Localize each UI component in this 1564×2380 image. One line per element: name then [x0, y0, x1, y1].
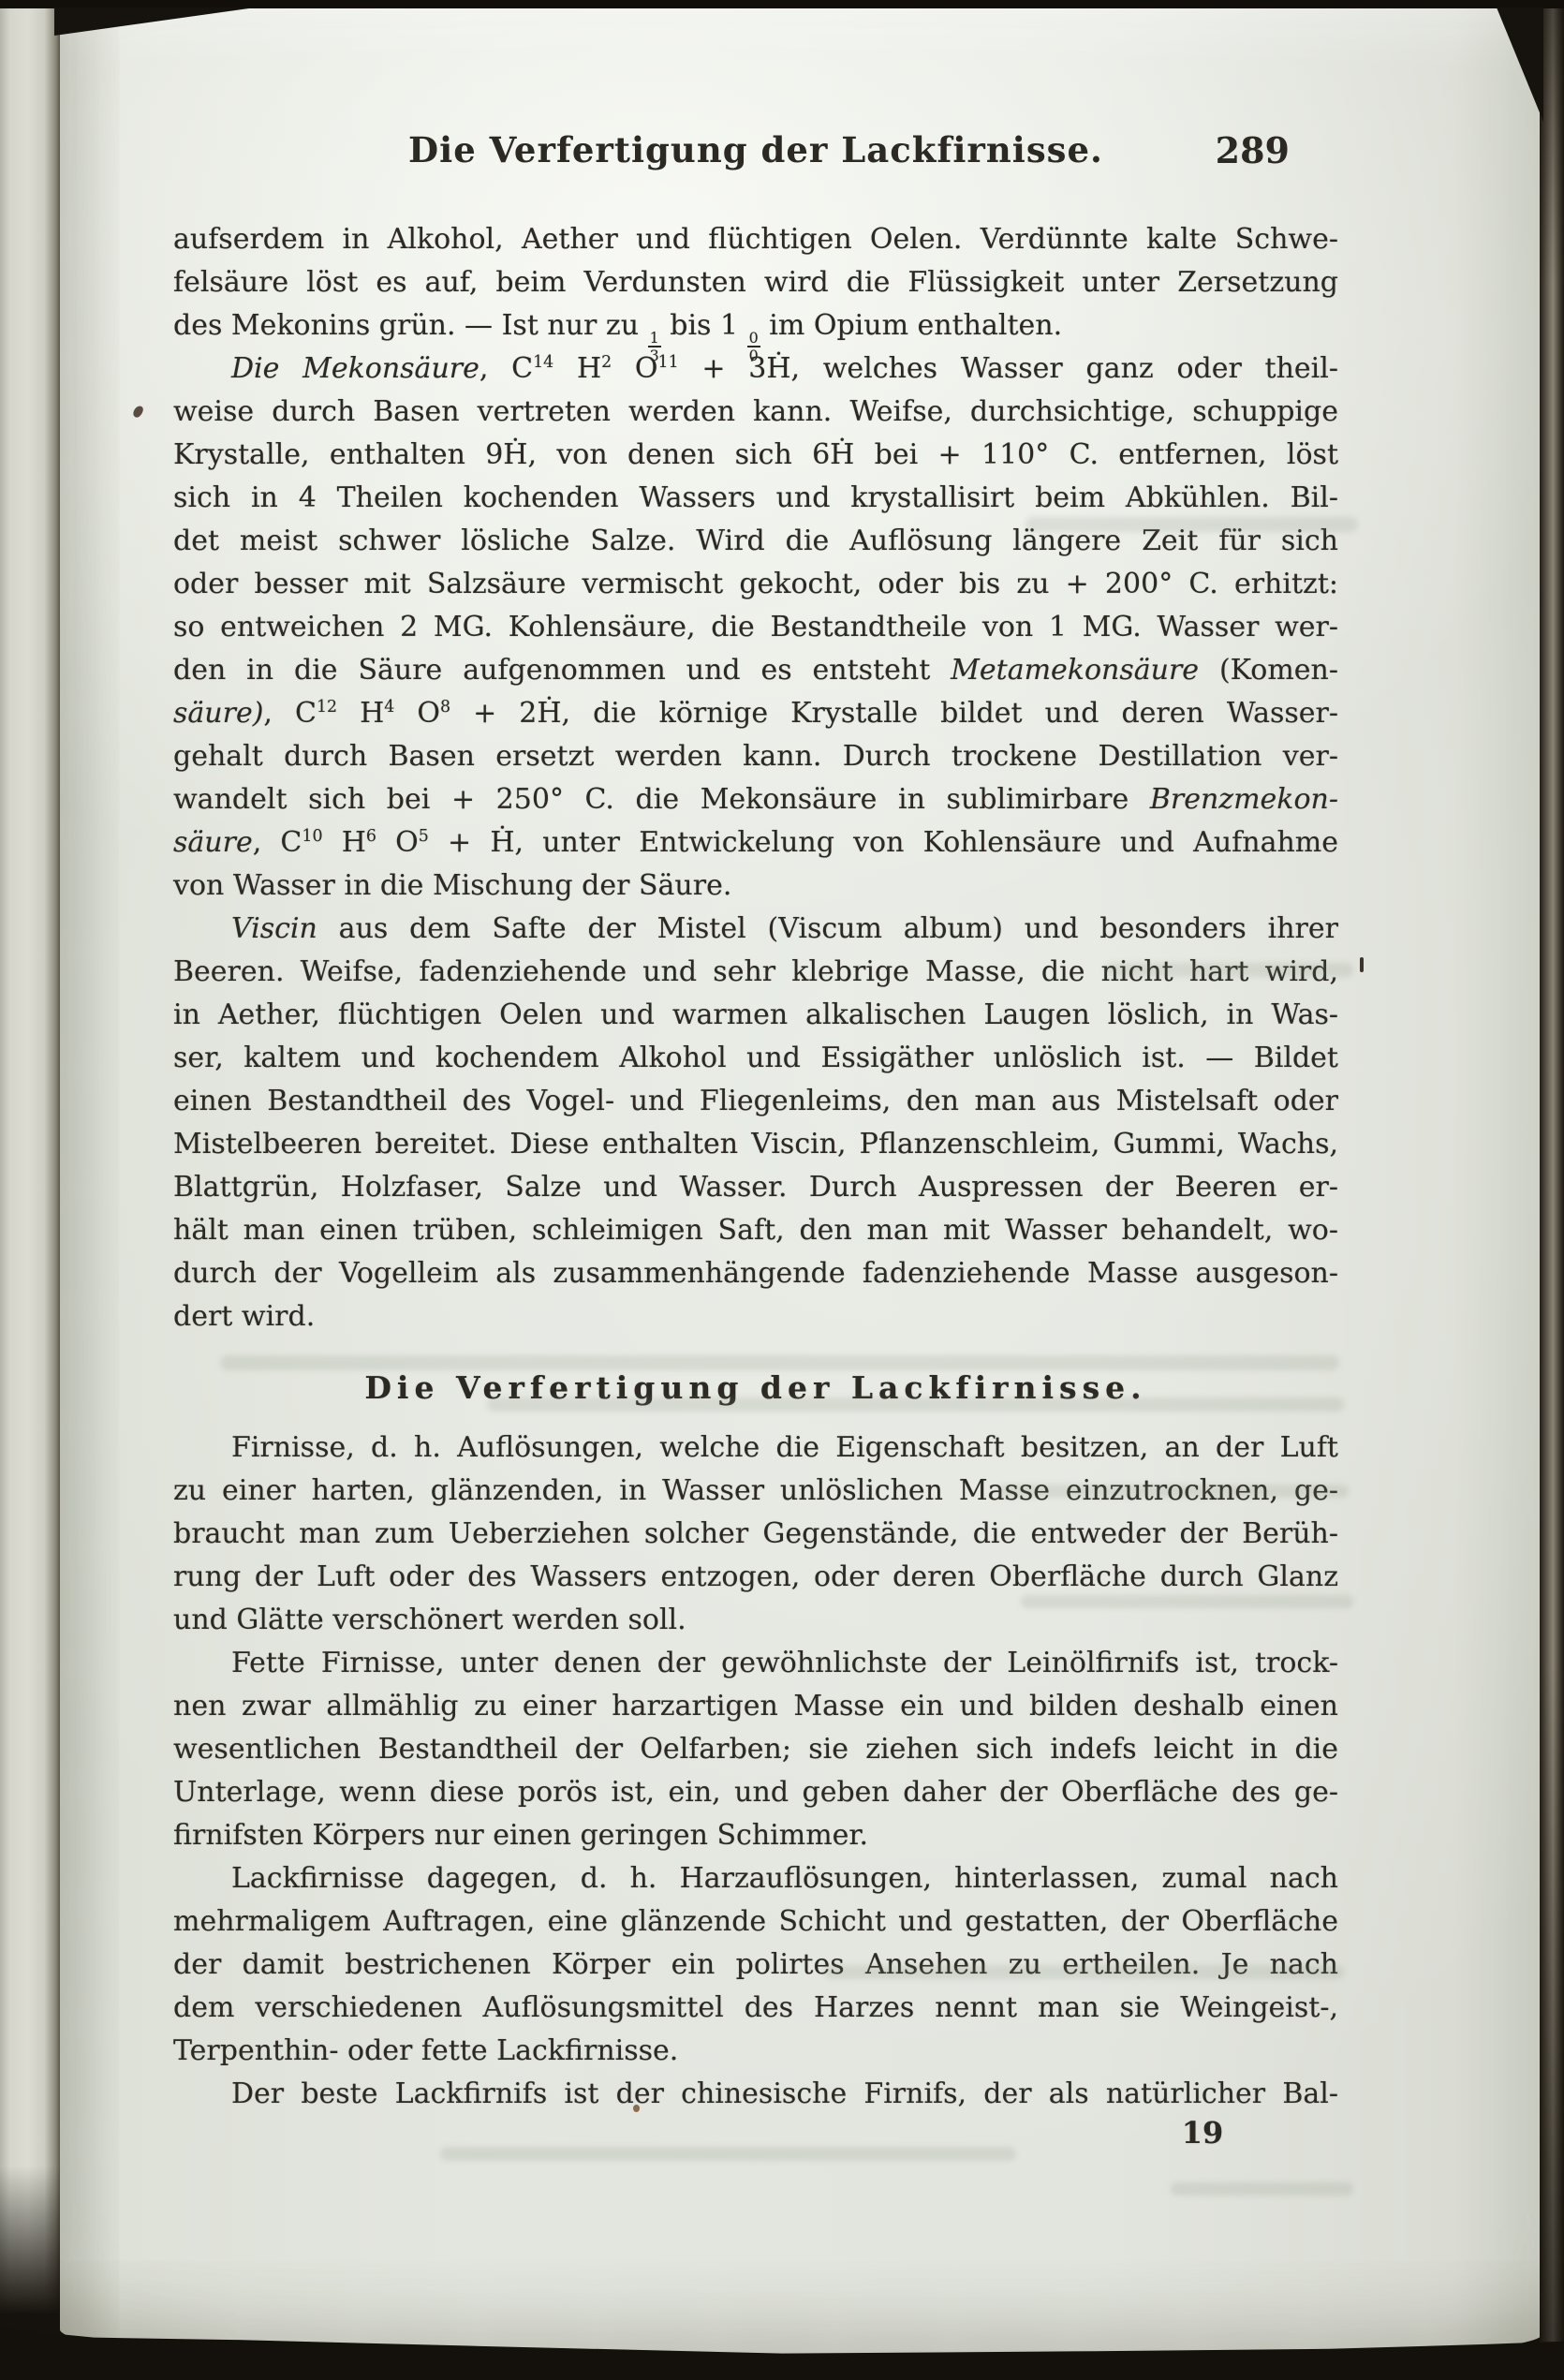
- text-line: gehalt durch Basen ersetzt werden kann. …: [173, 735, 1338, 778]
- text-line: Viscin aus dem Safte der Mistel (Viscum …: [173, 908, 1338, 951]
- text-line: Terpenthin- oder fette Lackfirnisse.: [173, 2030, 1338, 2073]
- text-line: so entweichen 2 MG. Kohlensäure, die Bes…: [173, 606, 1338, 649]
- scanned-book-page: Die Verfertigung der Lackfirnisse. 289 a…: [0, 0, 1564, 2380]
- text-line: hält man einen trüben, schleimigen Saft,…: [173, 1209, 1338, 1252]
- ink-speck: [1360, 957, 1364, 972]
- ink-speck: [633, 2105, 640, 2112]
- text-line: dem verschiedenen Auflösungsmittel des H…: [173, 1987, 1338, 2030]
- text-body-upper: aufserdem in Alkohol, Aether und flüchti…: [173, 218, 1338, 1338]
- page-edge-right: [1540, 0, 1564, 2380]
- text-line: felsäure löst es auf, beim Verdunsten wi…: [173, 261, 1338, 304]
- book-page: Die Verfertigung der Lackfirnisse. 289 a…: [60, 7, 1543, 2354]
- bleed-through-mark: [1021, 1595, 1353, 1608]
- running-header: Die Verfertigung der Lackfirnisse. 289: [173, 129, 1338, 176]
- text-body-lower: Firnisse, d. h. Auflösungen, welche die …: [173, 1427, 1338, 2116]
- text-line: Die Mekonsäure, C14 H2 O11 + 3Ḣ, welches…: [173, 347, 1338, 391]
- bleed-through-mark: [1025, 517, 1358, 532]
- text-line: braucht man zum Ueberziehen solcher Gege…: [173, 1513, 1338, 1556]
- text-line: aufserdem in Alkohol, Aether und flüchti…: [173, 218, 1338, 261]
- text-line: des Mekonins grün. — Ist nur zu 13 bis 1…: [173, 304, 1338, 347]
- text-line: Mistelbeeren bereitet. Diese enthalten V…: [173, 1123, 1338, 1166]
- bleed-through-mark: [1171, 2182, 1353, 2195]
- running-header-title: Die Verfertigung der Lackfirnisse.: [173, 129, 1338, 170]
- text-line: durch der Vogelleim als zusammenhängende…: [173, 1252, 1338, 1295]
- text-line: wesentlichen Bestandtheil der Oelfarben;…: [173, 1728, 1338, 1771]
- text-line: Der beste Lackfirnifs ist der chinesisch…: [173, 2073, 1338, 2116]
- text-line: den in die Säure aufgenommen und es ents…: [173, 649, 1338, 692]
- text-line: mehrmaligem Auftragen, eine glänzende Sc…: [173, 1900, 1338, 1944]
- facing-page-edge: [0, 6, 62, 2315]
- text-line: in Aether, flüchtigen Oelen und warmen a…: [173, 994, 1338, 1037]
- bleed-through-mark: [220, 1355, 1339, 1370]
- bleed-through-mark: [440, 2147, 1016, 2161]
- bleed-through-mark: [1105, 963, 1353, 977]
- bleed-through-mark: [824, 1965, 1344, 1979]
- text-line: oder besser mit Salzsäure vermischt geko…: [173, 563, 1338, 606]
- text-line: Unterlage, wenn diese porös ist, ein, un…: [173, 1771, 1338, 1814]
- text-line: Firnisse, d. h. Auflösungen, welche die …: [173, 1427, 1338, 1470]
- text-line: nen zwar allmählig zu einer harzartigen …: [173, 1685, 1338, 1728]
- bleed-through-mark: [487, 1397, 1344, 1412]
- text-line: ser, kaltem und kochendem Alkohol und Es…: [173, 1037, 1338, 1080]
- text-line: Blattgrün, Holzfaser, Salze und Wasser. …: [173, 1166, 1338, 1209]
- text-line: Lackfirnisse dagegen, d. h. Harzauflösun…: [173, 1857, 1338, 1900]
- text-line: dert wird.: [173, 1295, 1338, 1338]
- page-number: 289: [1216, 129, 1290, 171]
- text-line: sich in 4 Theilen kochenden Wassers und …: [173, 477, 1338, 520]
- text-line: säure), C12 H4 O8 + 2Ḣ, die körnige Krys…: [173, 692, 1338, 735]
- text-line: Krystalle, enthalten 9Ḣ, von denen sich …: [173, 434, 1338, 477]
- text-line: wandelt sich bei + 250° C. die Mekonsäur…: [173, 778, 1338, 821]
- scan-edge-top: [0, 0, 1564, 8]
- text-line: einen Bestandtheil des Vogel- und Fliege…: [173, 1080, 1338, 1123]
- text-line: säure, C10 H6 O5 + Ḣ, unter Entwickelung…: [173, 821, 1338, 865]
- signature-mark: 19: [1146, 2115, 1259, 2151]
- text-line: firnifsten Körpers nur einen geringen Sc…: [173, 1814, 1338, 1857]
- bleed-through-mark: [997, 1485, 1349, 1498]
- text-line: Fette Firnisse, unter denen der gewöhnli…: [173, 1642, 1338, 1685]
- text-line: von Wasser in die Mischung der Säure.: [173, 865, 1338, 908]
- text-line: rung der Luft oder des Wassers entzogen,…: [173, 1556, 1338, 1599]
- text-line: weise durch Basen vertreten werden kann.…: [173, 391, 1338, 434]
